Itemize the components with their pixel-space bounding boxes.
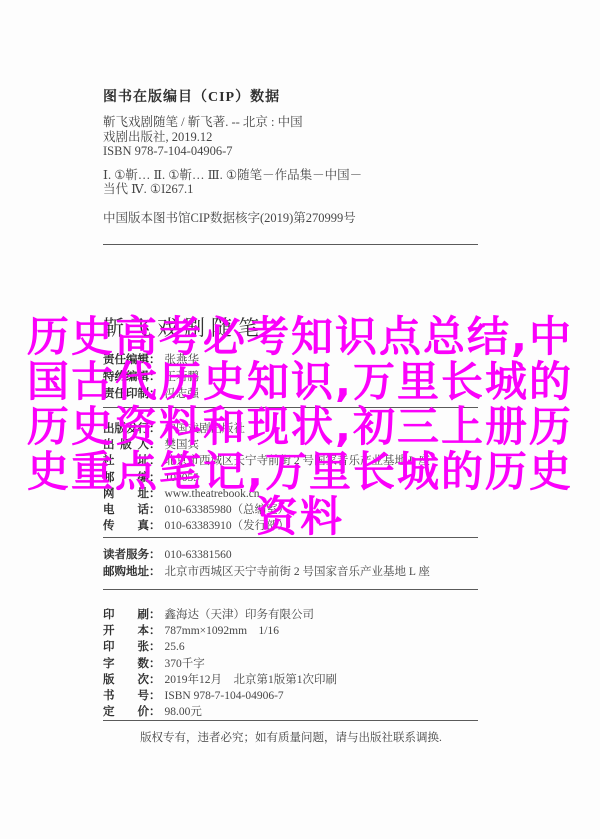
info-row: 书号：ISBN 978-7-104-04906-7	[103, 688, 479, 704]
overlay-line: 史重点笔记,万里长城的历史	[0, 449, 600, 494]
cip-line: 戏剧出版社, 2019.12	[103, 130, 479, 145]
copyright-notice: 版权专有，违者必究；如有质量问题，请与出版社联系调换.	[103, 729, 479, 745]
colon: ：	[149, 706, 161, 718]
info-label: 印刷	[103, 607, 149, 623]
info-value: 98.00元	[165, 706, 202, 718]
info-value: 25.6	[165, 641, 185, 653]
colon: ：	[149, 609, 161, 621]
cip-block: 图书在版编目（CIP）数据 靳飞戏剧随笔 / 靳飞著. -- 北京 : 中国 戏…	[103, 86, 479, 226]
info-value: 2019年12月 北京第1版第1次印刷	[165, 674, 338, 686]
info-value: 鑫海达（天津）印务有限公司	[165, 609, 315, 621]
info-row: 读者服务：010-63381560	[103, 547, 479, 564]
info-row: 印张：25.6	[103, 639, 479, 655]
cip-class-line: Ⅰ. ①靳… Ⅱ. ①靳… Ⅲ. ①随笔－作品集－中国－	[103, 168, 479, 183]
info-row: 定价：98.00元	[103, 704, 479, 720]
cip-line: 靳飞戏剧随笔 / 靳飞著. -- 北京 : 中国	[103, 115, 479, 130]
overlay-line: 历史高考必考知识点总结,中	[0, 314, 600, 359]
cip-record-number: 中国版本图书馆CIP数据核字(2019)第270999号	[103, 208, 479, 226]
cip-heading: 图书在版编目（CIP）数据	[103, 86, 479, 106]
info-label: 开本	[103, 623, 149, 639]
info-value: 北京市西城区天宁寺前街 2 号国家音乐产业基地 L 座	[165, 566, 430, 578]
copyright-page: 图书在版编目（CIP）数据 靳飞戏剧随笔 / 靳飞著. -- 北京 : 中国 戏…	[0, 0, 600, 839]
info-row: 开本：787mm×1092mm 1/16	[103, 623, 479, 639]
divider	[103, 589, 478, 590]
magenta-overlay-text: 历史高考必考知识点总结,中 国古代历史知识,万里长城的 历史资料和现状,初三上册…	[0, 314, 600, 539]
colon: ：	[149, 641, 161, 653]
colon: ：	[149, 549, 161, 561]
colon: ：	[149, 674, 161, 686]
info-value: 370千字	[165, 658, 205, 670]
info-value: 010-63381560	[165, 549, 232, 561]
colon: ：	[149, 566, 161, 578]
info-label: 版次	[103, 672, 149, 688]
overlay-line: 国古代历史知识,万里长城的	[0, 359, 600, 404]
info-value: ISBN 978-7-104-04906-7	[165, 690, 284, 702]
service-block: 读者服务：010-63381560 邮购地址：北京市西城区天宁寺前街 2 号国家…	[103, 547, 479, 580]
info-row: 印刷：鑫海达（天津）印务有限公司	[103, 607, 479, 623]
printing-block: 印刷：鑫海达（天津）印务有限公司 开本：787mm×1092mm 1/16 印张…	[103, 607, 479, 720]
info-label: 读者服务	[103, 547, 149, 564]
cip-class-line: 当代 Ⅳ. ①I267.1	[103, 182, 479, 197]
info-label: 定价	[103, 704, 149, 720]
info-label: 印张	[103, 639, 149, 655]
cip-line: ISBN 978-7-104-04906-7	[103, 144, 479, 159]
colon: ：	[149, 658, 161, 670]
colon: ：	[149, 690, 161, 702]
overlay-line: 资料	[0, 494, 600, 539]
cip-classification: Ⅰ. ①靳… Ⅱ. ①靳… Ⅲ. ①随笔－作品集－中国－ 当代 Ⅳ. ①I267…	[103, 168, 479, 197]
overlay-line: 历史资料和现状,初三上册历	[0, 404, 600, 449]
info-label: 邮购地址	[103, 564, 149, 581]
info-row: 版次：2019年12月 北京第1版第1次印刷	[103, 672, 479, 688]
cip-description: 靳飞戏剧随笔 / 靳飞著. -- 北京 : 中国 戏剧出版社, 2019.12 …	[103, 115, 479, 159]
colon: ：	[149, 625, 161, 637]
divider	[103, 720, 478, 721]
info-row: 邮购地址：北京市西城区天宁寺前街 2 号国家音乐产业基地 L 座	[103, 564, 479, 581]
info-label: 字数	[103, 656, 149, 672]
divider	[103, 244, 478, 245]
info-label: 书号	[103, 688, 149, 704]
info-row: 字数：370千字	[103, 656, 479, 672]
info-value: 787mm×1092mm 1/16	[165, 625, 279, 637]
